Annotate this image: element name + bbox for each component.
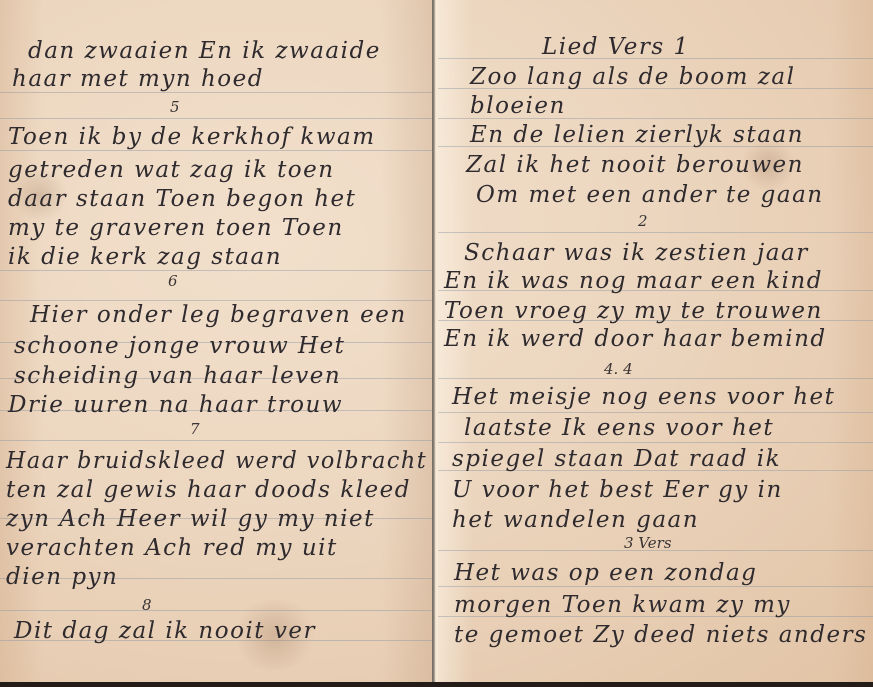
ruling-line	[438, 586, 873, 587]
ruling-line	[0, 150, 433, 151]
handwritten-line: Dit dag zal ik nooit ver	[14, 618, 316, 644]
handwritten-line: te gemoet Zy deed niets anders	[454, 622, 867, 648]
left-page: dan zwaaien En ik zwaaide haar met myn h…	[0, 0, 433, 682]
handwritten-line: En ik werd door haar bemind	[444, 326, 827, 352]
handwritten-line: Zal ik het nooit berouwen	[466, 152, 804, 178]
verse-number: 8	[142, 596, 152, 614]
verse-number: 2	[638, 212, 648, 230]
handwritten-line: dien pyn	[6, 564, 118, 590]
ruling-line	[438, 442, 873, 443]
ruling-line	[438, 412, 873, 413]
handwritten-line: Zoo lang als de boom zal	[470, 64, 795, 90]
ruling-line	[0, 92, 433, 93]
handwritten-line: En de lelien zierlyk staan	[470, 122, 804, 148]
handwritten-line: Toen ik by de kerkhof kwam	[8, 124, 376, 150]
page-bottom-edge	[0, 682, 873, 687]
handwritten-line: verachten Ach red my uit	[6, 535, 338, 561]
handwritten-line: ik die kerk zag staan	[8, 244, 282, 270]
handwritten-line: schoone jonge vrouw Het	[14, 333, 345, 359]
song-title: Lied Vers 1	[542, 34, 690, 60]
handwritten-line: U voor het best Eer gy in	[452, 477, 783, 503]
verse-number: 3 Vers	[624, 534, 672, 552]
handwritten-line: Hier onder leg begraven een	[30, 302, 407, 328]
handwritten-line: scheiding van haar leven	[14, 363, 341, 389]
handwritten-line: haar met myn hoed	[12, 66, 264, 92]
ruling-line	[0, 300, 433, 301]
ruling-line	[438, 378, 873, 379]
notebook-spread: dan zwaaien En ik zwaaide haar met myn h…	[0, 0, 873, 682]
handwritten-line: Drie uuren na haar trouw	[8, 392, 343, 418]
ruling-line	[0, 440, 433, 441]
handwritten-line: En ik was nog maar een kind	[444, 268, 823, 294]
handwritten-line: Schaar was ik zestien jaar	[464, 240, 809, 266]
verse-number: 6	[168, 272, 178, 290]
handwritten-line: morgen Toen kwam zy my	[454, 592, 791, 618]
handwritten-line: bloeien	[470, 93, 566, 119]
handwritten-line: Het was op een zondag	[454, 560, 757, 586]
handwritten-line: Haar bruidskleed werd volbracht	[6, 448, 427, 474]
handwritten-line: Het meisje nog eens voor het	[452, 384, 835, 410]
verse-number: 4. 4	[604, 360, 633, 378]
handwritten-line: Om met een ander te gaan	[476, 182, 824, 208]
ruling-line	[438, 232, 873, 233]
ruling-line	[0, 610, 433, 611]
handwritten-line: my te graveren toen Toen	[8, 215, 344, 241]
handwritten-line: daar staan Toen begon het	[8, 186, 356, 212]
ruling-line	[0, 270, 433, 271]
handwritten-line: dan zwaaien En ik zwaaide	[28, 38, 381, 64]
verse-number: 5	[170, 98, 180, 116]
handwritten-line: Toen vroeg zy my te trouwen	[444, 298, 823, 324]
right-page: Lied Vers 1 Zoo lang als de boom zal blo…	[438, 0, 873, 682]
handwritten-line: zyn Ach Heer wil gy my niet	[6, 506, 375, 532]
verse-number: 7	[190, 420, 200, 438]
handwritten-line: laatste Ik eens voor het	[464, 415, 774, 441]
handwritten-line: het wandelen gaan	[452, 507, 699, 533]
ruling-line	[0, 118, 433, 119]
handwritten-line: getreden wat zag ik toen	[8, 157, 335, 183]
handwritten-line: spiegel staan Dat raad ik	[452, 446, 781, 472]
handwritten-line: ten zal gewis haar doods kleed	[6, 477, 411, 503]
